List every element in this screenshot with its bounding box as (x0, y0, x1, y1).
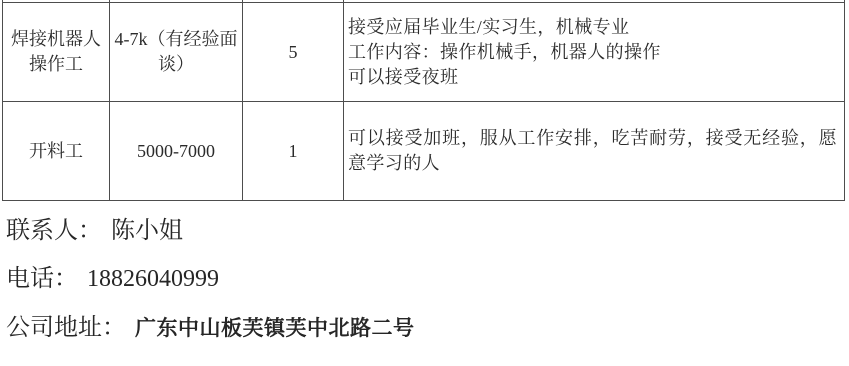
job-salary-cell: 5000-7000 (110, 102, 243, 201)
job-table: 焊接机器人操作工 4-7k（有经验面谈） 5 接受应届毕业生/实习生，机械专业 … (2, 0, 845, 201)
table-row-cutting-worker: 开料工 5000-7000 1 可以接受加班，服从工作安排，吃苦耐劳，接受无经验… (3, 102, 845, 201)
job-description-cell: 接受应届毕业生/实习生，机械专业 工作内容：操作机械手，机器人的操作 可以接受夜… (344, 3, 845, 102)
address-label: 公司地址： (6, 315, 126, 341)
job-title-cell: 焊接机器人操作工 (3, 3, 110, 102)
contact-person-label: 联系人： (6, 218, 102, 244)
phone-number-value: 18826040999 (87, 266, 219, 292)
job-salary-cell: 4-7k（有经验面谈） (110, 3, 243, 102)
phone-label: 电话： (6, 266, 78, 292)
job-description-cell: 可以接受加班，服从工作安排，吃苦耐劳，接受无经验，愿意学习的人 (344, 102, 845, 201)
contact-person-value: 陈小姐 (111, 218, 183, 244)
job-headcount-cell: 1 (243, 102, 344, 201)
address-value: 广东中山板芙镇芙中北路二号 (135, 316, 415, 340)
job-headcount-cell: 5 (243, 3, 344, 102)
job-title-cell: 开料工 (3, 102, 110, 201)
contact-person-line: 联系人：陈小姐 (6, 216, 183, 246)
job-listing-page: 焊接机器人操作工 4-7k（有经验面谈） 5 接受应届毕业生/实习生，机械专业 … (0, 0, 849, 366)
phone-line: 电话：18826040999 (6, 264, 219, 294)
table-row-welding-robot-operator: 焊接机器人操作工 4-7k（有经验面谈） 5 接受应届毕业生/实习生，机械专业 … (3, 3, 845, 102)
address-line: 公司地址：广东中山板芙镇芙中北路二号 (6, 313, 415, 343)
